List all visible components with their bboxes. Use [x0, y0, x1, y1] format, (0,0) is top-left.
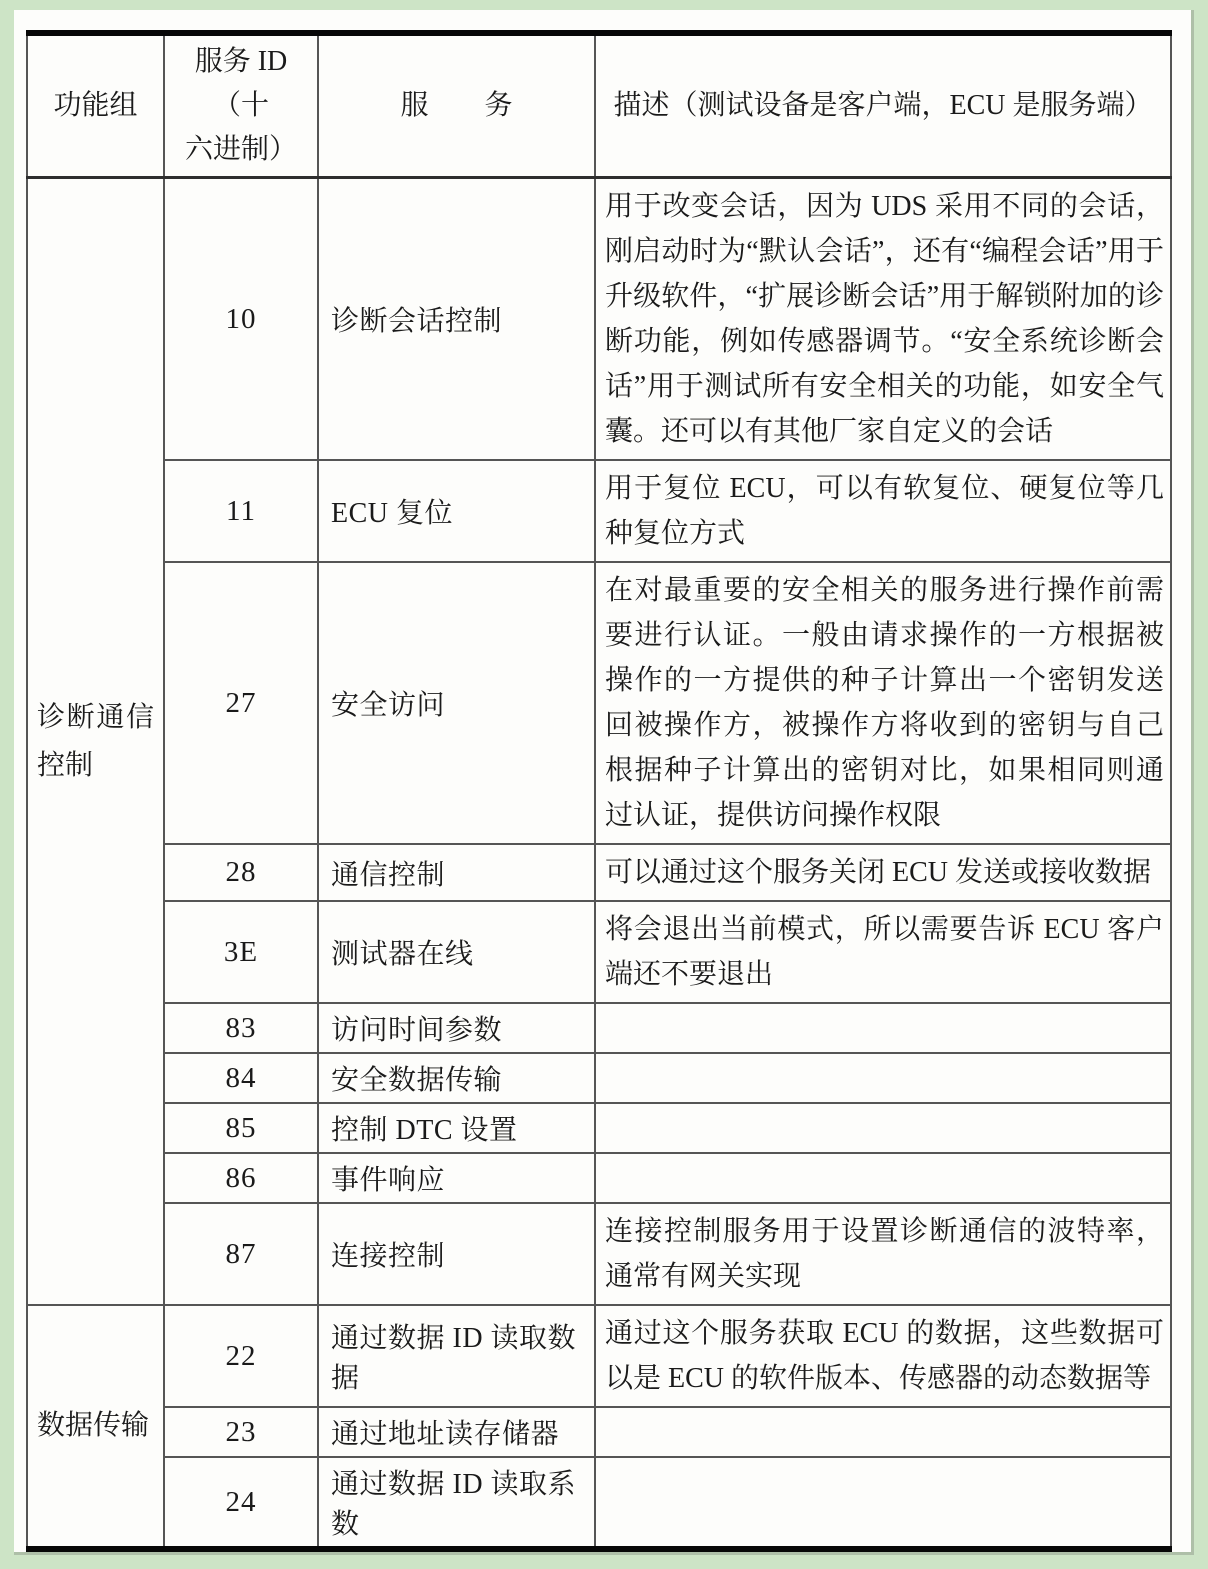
service-id-cell: 3E	[164, 901, 318, 1003]
description-cell: 通过这个服务获取 ECU 的数据，这些数据可以是 ECU 的软件版本、传感器的动…	[595, 1305, 1171, 1407]
service-name-cell: 通过数据 ID 读取数据	[318, 1305, 595, 1407]
col-header-service-id-line1: 服务 ID（十	[195, 46, 288, 121]
table-row: 83 访问时间参数	[27, 1003, 1171, 1053]
table-row: 84 安全数据传输	[27, 1053, 1171, 1103]
service-name-cell: 诊断会话控制	[318, 178, 595, 461]
table-row: 86 事件响应	[27, 1153, 1171, 1203]
group-cell-data-transmission: 数据传输	[27, 1305, 164, 1549]
uds-service-table: 功能组 服务 ID（十六进制） 服 务 描述（测试设备是客户端，ECU 是服务端…	[26, 30, 1172, 1552]
description-cell: 可以通过这个服务关闭 ECU 发送或接收数据	[595, 844, 1171, 901]
service-id-cell: 28	[164, 844, 318, 901]
table-row: 23 通过地址读存储器	[27, 1407, 1171, 1457]
group-label-line1: 数据传输	[37, 1402, 154, 1450]
service-name-cell: 事件响应	[318, 1153, 595, 1203]
service-id-cell: 83	[164, 1003, 318, 1053]
description-cell	[595, 1103, 1171, 1153]
col-header-service: 服 务	[318, 33, 595, 178]
description-cell	[595, 1053, 1171, 1103]
description-cell: 在对最重要的安全相关的服务进行操作前需要进行认证。一般由请求操作的一方根据被操作…	[595, 562, 1171, 844]
service-name-cell: 通信控制	[318, 844, 595, 901]
description-cell	[595, 1003, 1171, 1053]
group-cell-diagnostic-communication-control: 诊断通信 控制	[27, 178, 164, 1306]
service-id-cell: 10	[164, 178, 318, 461]
service-name-cell: 测试器在线	[318, 901, 595, 1003]
table-row: 85 控制 DTC 设置	[27, 1103, 1171, 1153]
col-header-service-id: 服务 ID（十六进制）	[164, 33, 318, 178]
description-cell	[595, 1457, 1171, 1549]
service-name-cell: 通过地址读存储器	[318, 1407, 595, 1457]
table-row: 诊断通信 控制 10 诊断会话控制 用于改变会话，因为 UDS 采用不同的会话，…	[27, 178, 1171, 461]
table-row: 11 ECU 复位 用于复位 ECU，可以有软复位、硬复位等几种复位方式	[27, 460, 1171, 562]
table-row: 27 安全访问 在对最重要的安全相关的服务进行操作前需要进行认证。一般由请求操作…	[27, 562, 1171, 844]
col-header-service-id-line2: 六进制）	[185, 134, 297, 165]
description-cell	[595, 1407, 1171, 1457]
col-header-function-group: 功能组	[27, 33, 164, 178]
service-name-cell: ECU 复位	[318, 460, 595, 562]
description-cell: 用于复位 ECU，可以有软复位、硬复位等几种复位方式	[595, 460, 1171, 562]
service-id-cell: 87	[164, 1203, 318, 1305]
table-row: 87 连接控制 连接控制服务用于设置诊断通信的波特率，通常有网关实现	[27, 1203, 1171, 1305]
group-label-line1: 诊断通信	[37, 694, 154, 742]
service-name-cell: 控制 DTC 设置	[318, 1103, 595, 1153]
description-cell: 连接控制服务用于设置诊断通信的波特率，通常有网关实现	[595, 1203, 1171, 1305]
table-row: 28 通信控制 可以通过这个服务关闭 ECU 发送或接收数据	[27, 844, 1171, 901]
description-cell	[595, 1153, 1171, 1203]
description-cell: 将会退出当前模式，所以需要告诉 ECU 客户端还不要退出	[595, 901, 1171, 1003]
service-name-cell: 安全数据传输	[318, 1053, 595, 1103]
service-id-cell: 86	[164, 1153, 318, 1203]
header-row: 功能组 服务 ID（十六进制） 服 务 描述（测试设备是客户端，ECU 是服务端…	[27, 33, 1171, 178]
service-id-cell: 22	[164, 1305, 318, 1407]
service-id-cell: 84	[164, 1053, 318, 1103]
service-name-cell: 通过数据 ID 读取系数	[318, 1457, 595, 1549]
service-name-cell: 访问时间参数	[318, 1003, 595, 1053]
table-row: 3E 测试器在线 将会退出当前模式，所以需要告诉 ECU 客户端还不要退出	[27, 901, 1171, 1003]
service-id-cell: 11	[164, 460, 318, 562]
service-id-cell: 24	[164, 1457, 318, 1549]
group-label-line2: 控制	[37, 742, 154, 790]
service-name-cell: 连接控制	[318, 1203, 595, 1305]
table-row: 24 通过数据 ID 读取系数	[27, 1457, 1171, 1549]
col-header-description: 描述（测试设备是客户端，ECU 是服务端）	[595, 33, 1171, 178]
description-cell: 用于改变会话，因为 UDS 采用不同的会话，刚启动时为“默认会话”，还有“编程会…	[595, 178, 1171, 461]
service-name-cell: 安全访问	[318, 562, 595, 844]
service-id-cell: 85	[164, 1103, 318, 1153]
service-id-cell: 27	[164, 562, 318, 844]
scanned-page: 功能组 服务 ID（十六进制） 服 务 描述（测试设备是客户端，ECU 是服务端…	[14, 10, 1194, 1555]
service-id-cell: 23	[164, 1407, 318, 1457]
